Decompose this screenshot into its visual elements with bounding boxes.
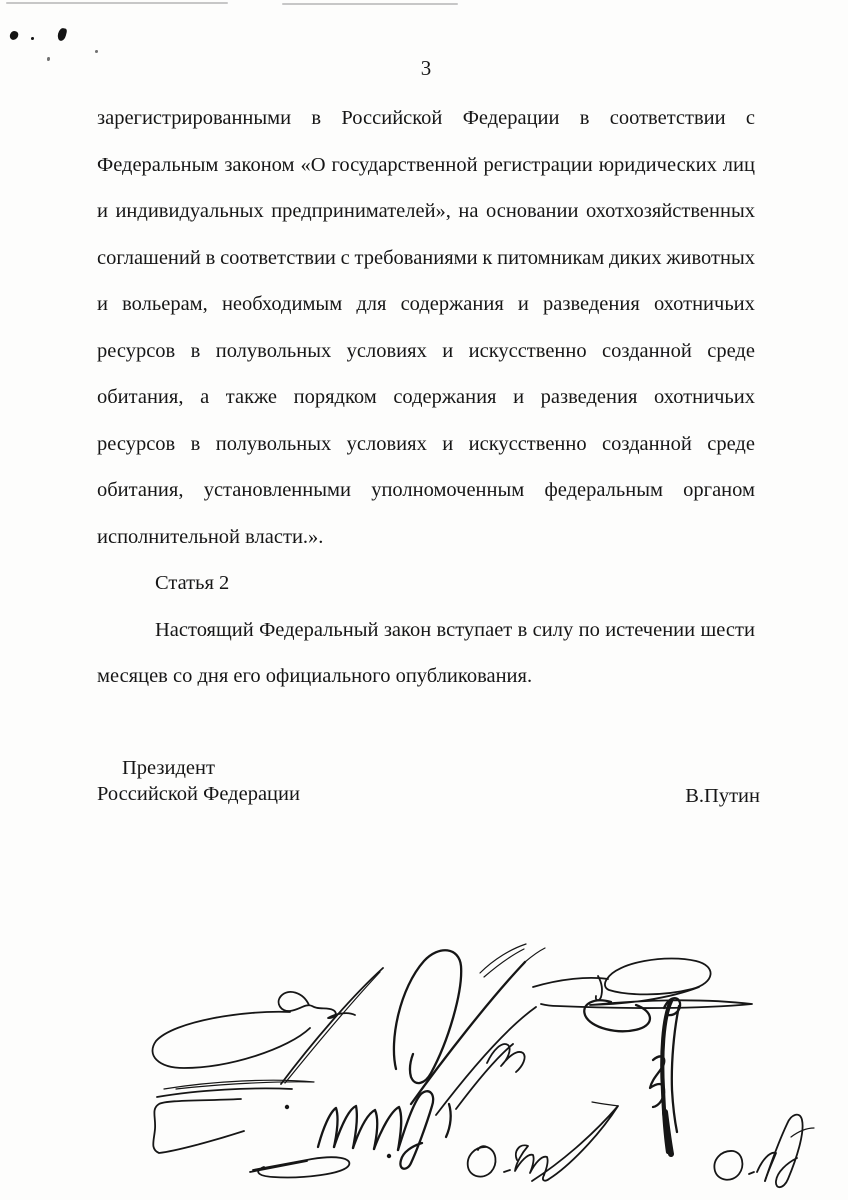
- signature-stroke-group-o-check: [468, 1102, 618, 1181]
- signature-stroke-group-center: [394, 948, 545, 1115]
- signature-stroke-group-cursive-im: [285, 1091, 451, 1169]
- signatures-canvas: [0, 0, 848, 1200]
- scanned-document-page: 3 зарегистрированнымивРоссийскойФедераци…: [0, 0, 848, 1200]
- signature-stroke-group-o-t: [714, 1115, 814, 1188]
- signature-stroke-group-vertical: [650, 998, 680, 1154]
- signature-stroke-group-left: [152, 968, 383, 1177]
